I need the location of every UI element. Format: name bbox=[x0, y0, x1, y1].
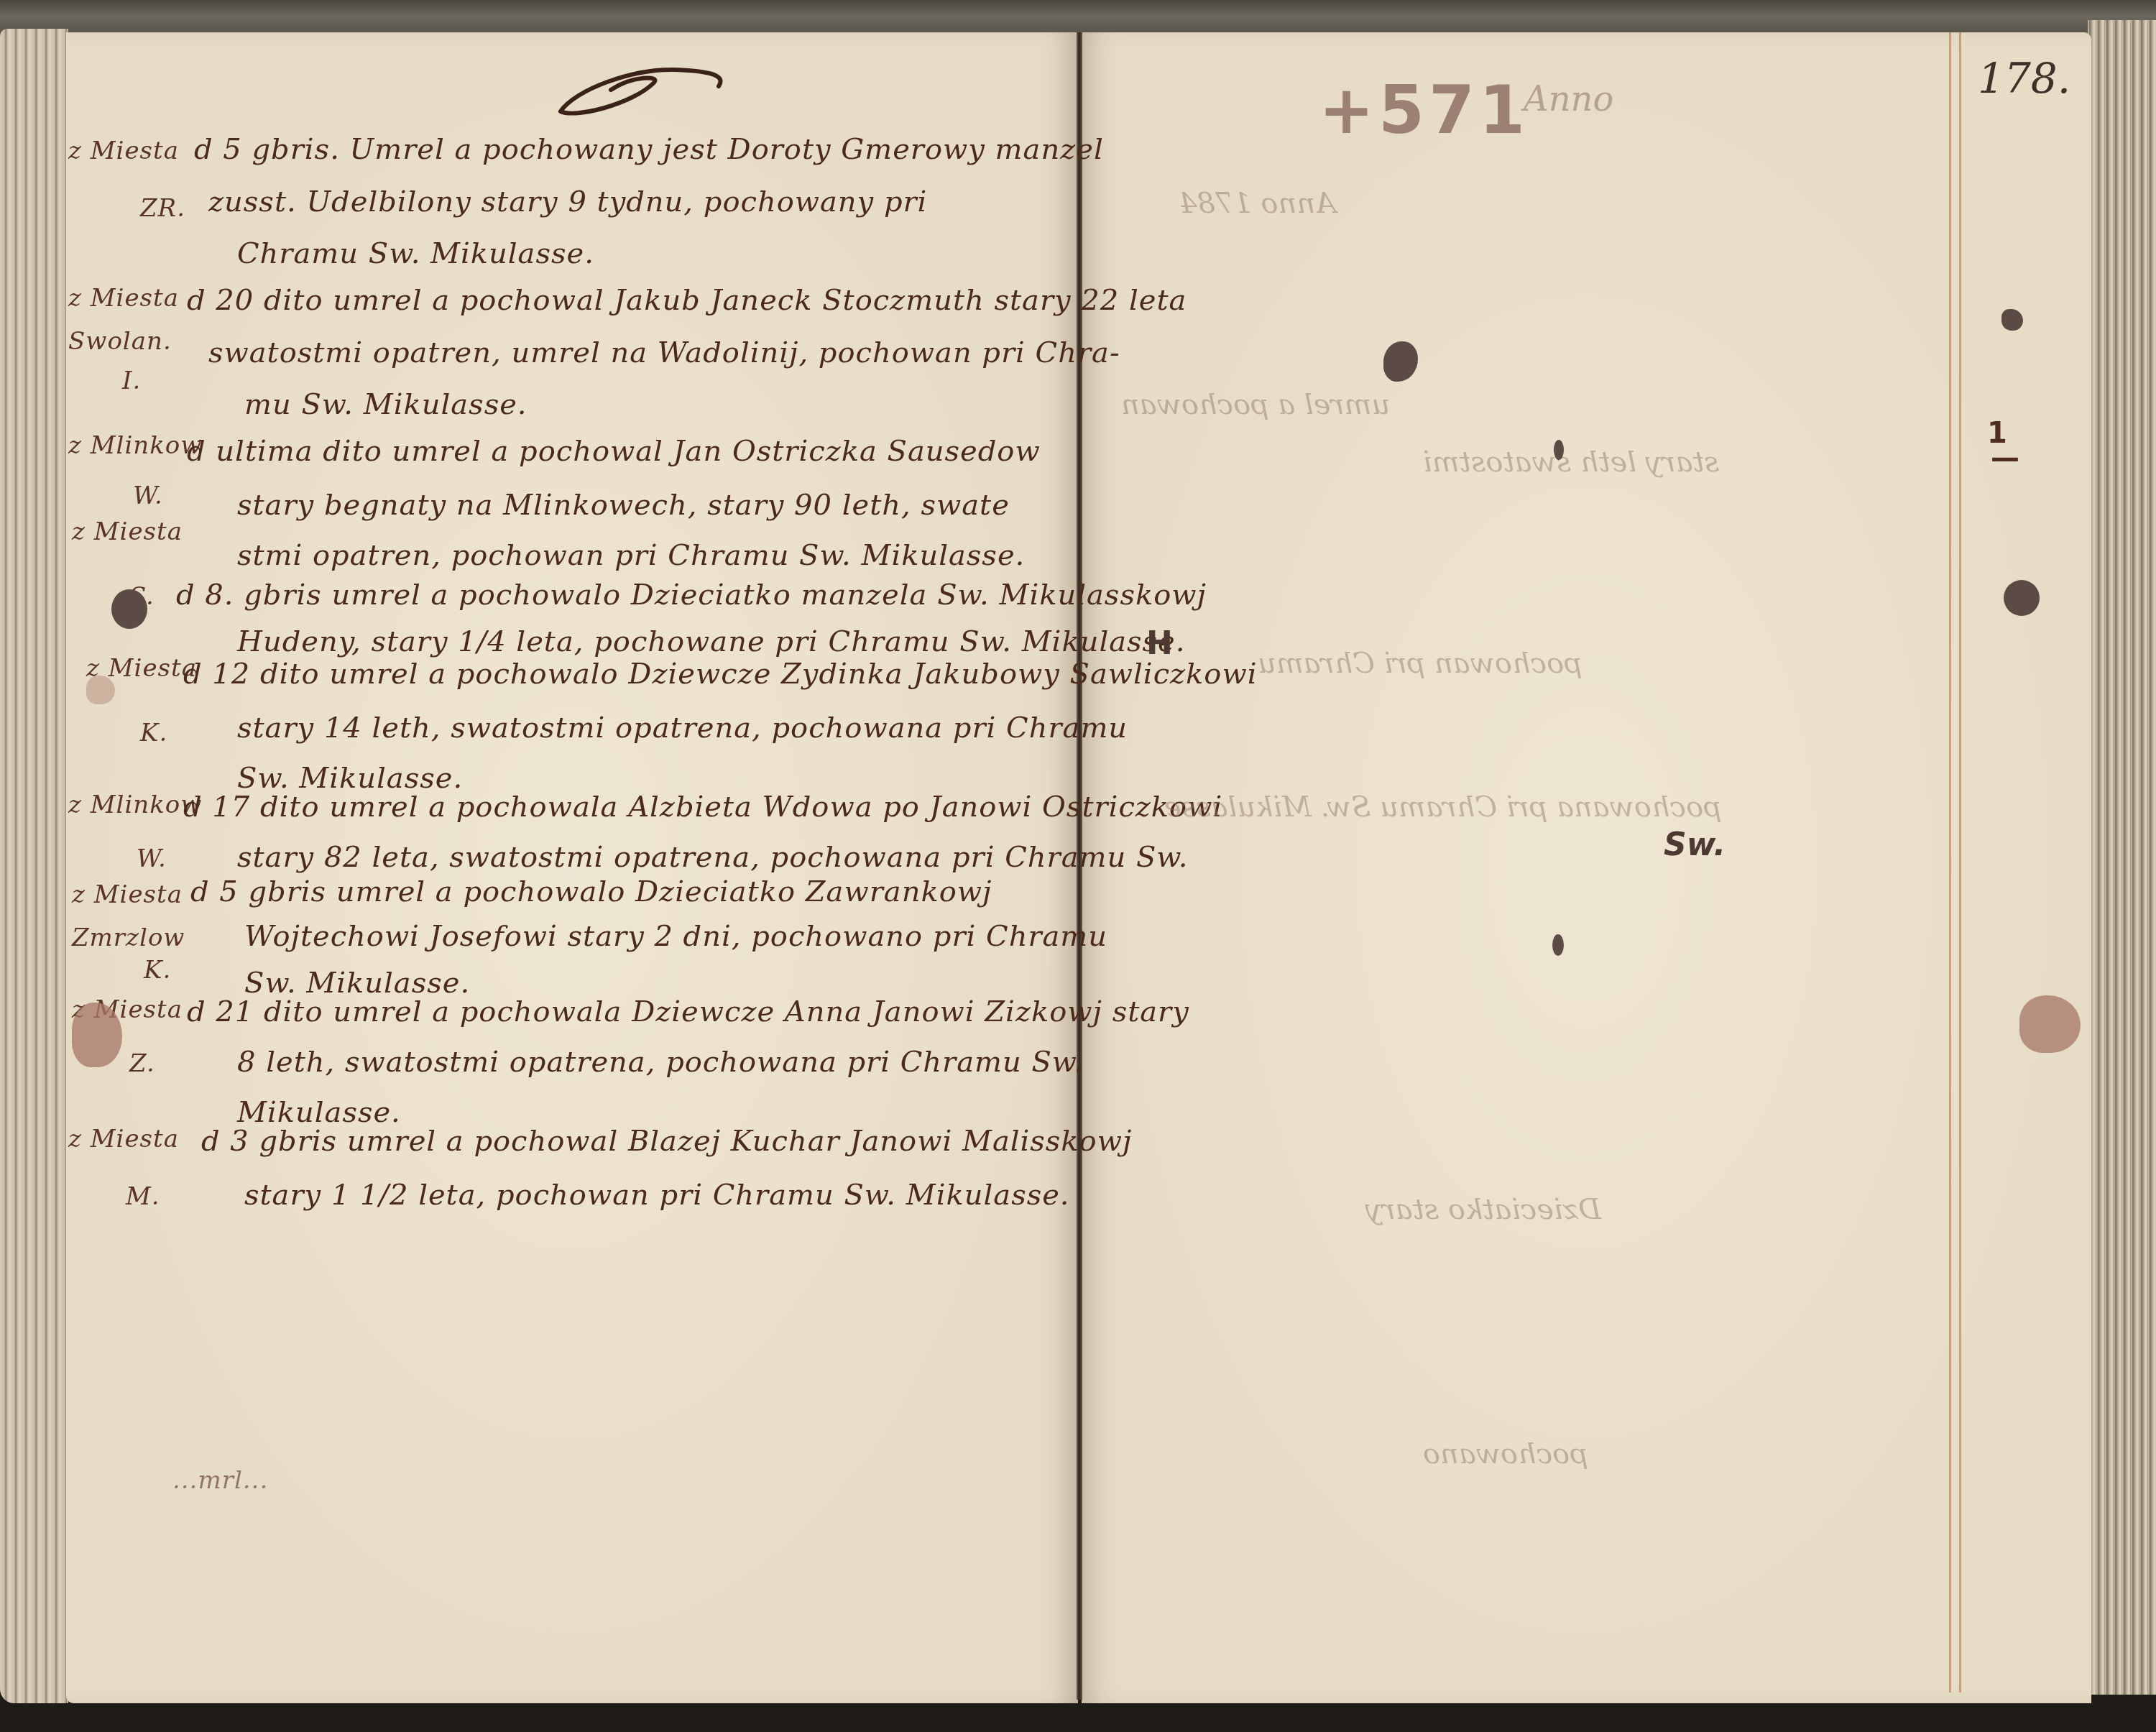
entry-line: d 21 dito umrel a pochowala Dziewcze Ann… bbox=[187, 995, 1189, 1028]
ink-stain bbox=[2019, 995, 2081, 1053]
entry-line: d 17 dito umrel a pochowala Alzbieta Wdo… bbox=[183, 791, 1222, 824]
margin-initial: ZR. bbox=[140, 194, 185, 223]
margin-initial: W. bbox=[137, 844, 167, 873]
left-page-stack-edge bbox=[0, 29, 68, 1703]
entry-line: Wojtechowi Josefowi stary 2 dni, pochowa… bbox=[244, 920, 1107, 953]
bleed-through-text: pochowan pri Chramu bbox=[1258, 647, 1583, 680]
calligraphic-flourish-icon bbox=[546, 61, 733, 126]
entry-line: d ultima dito umrel a pochowal Jan Ostri… bbox=[187, 435, 1041, 468]
ink-blot bbox=[2001, 309, 2023, 331]
entry-line: stmi opatren, pochowan pri Chramu Sw. Mi… bbox=[237, 539, 1025, 572]
bleed-through-text: pochowano bbox=[1423, 1437, 1588, 1470]
entry-line: stary begnaty na Mlinkowech, stary 90 le… bbox=[237, 489, 1010, 522]
bleed-through-text: Anno 1784 bbox=[1179, 187, 1336, 220]
bleed-through-text: stary leth swatostmi bbox=[1423, 446, 1719, 479]
entry-line: swatostmi opatren, umrel na Wadolinij, p… bbox=[208, 336, 1120, 369]
stamped-number: +571 bbox=[1319, 72, 1529, 149]
margin-location: z Miesta bbox=[72, 517, 183, 546]
margin-initial: Z. bbox=[129, 1049, 155, 1078]
margin-initial: K. bbox=[144, 956, 171, 985]
bleed-through-text: umrel a pochowan bbox=[1121, 388, 1390, 421]
margin-initial: K. bbox=[140, 719, 167, 747]
ink-blot bbox=[2004, 580, 2040, 616]
margin-location: z Miesta bbox=[68, 1125, 179, 1153]
ink-stain bbox=[72, 1003, 122, 1067]
ink-mark: Sw. bbox=[1664, 826, 1726, 863]
margin-initial: M. bbox=[126, 1182, 160, 1211]
entry-line: d 5 gbris. Umrel a pochowany jest Doroty… bbox=[194, 133, 1104, 166]
margin-location: z Miesta bbox=[72, 880, 183, 909]
ink-blot bbox=[111, 589, 147, 629]
entry-line: zusst. Udelbilony stary 9 tydnu, pochowa… bbox=[208, 185, 927, 218]
faded-year-heading: Anno bbox=[1524, 79, 1613, 119]
entry-line: Hudeny, stary 1/4 leta, pochowane pri Ch… bbox=[237, 625, 1186, 658]
entry-line: mu Sw. Mikulasse. bbox=[244, 388, 528, 421]
bleed-through-text: Dzieciatko stary bbox=[1365, 1193, 1601, 1226]
margin-location: z Mlinkow bbox=[68, 431, 202, 460]
entry-line: 8 leth, swatostmi opatrena, pochowana pr… bbox=[237, 1046, 1084, 1079]
ink-stain bbox=[86, 676, 115, 704]
entry-line: stary 1 1/2 leta, pochowan pri Chramu Sw… bbox=[244, 1179, 1070, 1212]
bleed-through-text: pochowana pri Chramu Sw. Mikulasse bbox=[1164, 791, 1722, 824]
entry-line: d 5 gbris umrel a pochowalo Dzieciatko Z… bbox=[190, 875, 992, 908]
margin-rule-line bbox=[1949, 32, 1951, 1692]
ink-blot bbox=[1552, 934, 1564, 956]
entry-line: d 12 dito umrel a pochowalo Dziewcze Zyd… bbox=[183, 658, 1257, 691]
ink-blot bbox=[1554, 440, 1564, 460]
ink-mark: H bbox=[1146, 625, 1173, 662]
margin-location: z Miesta bbox=[68, 137, 179, 165]
entry-line: Chramu Sw. Mikulasse. bbox=[237, 237, 594, 270]
margin-rule-line bbox=[1959, 32, 1961, 1692]
entry-line: d 20 dito umrel a pochowal Jakub Janeck … bbox=[187, 284, 1187, 317]
bottom-note: ...mrl... bbox=[172, 1466, 268, 1495]
margin-initial: I. bbox=[122, 367, 141, 395]
entry-line: d 3 gbris umrel a pochowal Blazej Kuchar… bbox=[201, 1125, 1132, 1158]
page-number: 178. bbox=[1978, 54, 2070, 103]
margin-location: Swolan. bbox=[68, 327, 172, 356]
book-binding-top bbox=[0, 0, 2156, 36]
entry-line: d 8. gbris umrel a pochowalo Dzieciatko … bbox=[176, 579, 1207, 612]
margin-location: Zmrzlow bbox=[72, 923, 185, 952]
right-page-stack-edge bbox=[2088, 20, 2156, 1695]
margin-location: z Mlinkow bbox=[68, 791, 202, 819]
margin-location: z Miesta bbox=[68, 284, 179, 313]
entry-line: stary 14 leth, swatostmi opatrena, pocho… bbox=[237, 711, 1128, 745]
entry-line: stary 82 leta, swatostmi opatrena, pocho… bbox=[237, 841, 1189, 874]
margin-mark: — bbox=[1991, 442, 2019, 475]
margin-initial: W. bbox=[133, 482, 163, 510]
